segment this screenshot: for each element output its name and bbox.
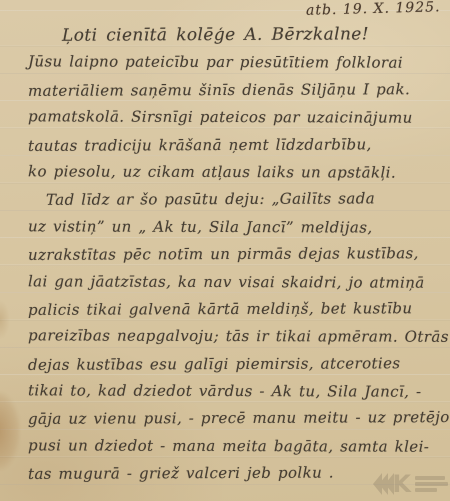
letter-line: tas mugurā - griež valceri jeb polku . (0, 459, 450, 488)
scanned-letter: { "letter": { "annotation_date": "atb. 1… (0, 0, 450, 501)
letter-line: uzrakstītas pēc notīm un pirmās dejas ku… (0, 240, 450, 269)
letter-line: dejas kustības esu galīgi piemirsis, atc… (0, 350, 450, 379)
letter-line: gāja uz vienu pusi, - precē manu meitu -… (0, 404, 450, 433)
letter-line: Tad līdz ar šo pasūtu deju: „Gailīts sad… (0, 185, 450, 214)
letter-line: tikai to, kad dziedot vārdus - Ak tu, Si… (0, 377, 450, 406)
letter-line: materiāliem saņēmu šinīs dienās Siljāņu … (0, 76, 450, 105)
date-annotation: atb. 19. X. 1925. (306, 0, 441, 19)
letter-line: tautas tradiciju krāšanā ņemt līdzdarbīb… (0, 131, 450, 160)
letter-line: lai gan jāatzīstas, ka nav visai skaidri… (0, 268, 450, 297)
letter-line: uz vistiņ” un „ Ak tu, Sila Jancī” meldi… (0, 213, 450, 242)
letter-line: pareizības neapgalvoju; tās ir tikai apm… (0, 323, 450, 352)
letter-line: pamatskolā. Sirsnīgi pateicos par uzaici… (0, 103, 450, 132)
salutation-line: Ļoti cienītā kolēģe A. Bērzkalne! (0, 21, 450, 50)
letter-line: ko piesolu, uz cikam atļaus laiks un aps… (0, 158, 450, 187)
letter-line: pusi un dziedot - mana meita bagāta, sam… (0, 432, 450, 461)
letter-line: Jūsu laipno pateicību par piesūtītiem fo… (0, 49, 450, 78)
letter-body: Ļoti cienītā kolēģe A. Bērzkalne! Jūsu l… (0, 22, 450, 488)
letter-line: palicis tikai galvenā kārtā meldiņš, bet… (0, 295, 450, 324)
